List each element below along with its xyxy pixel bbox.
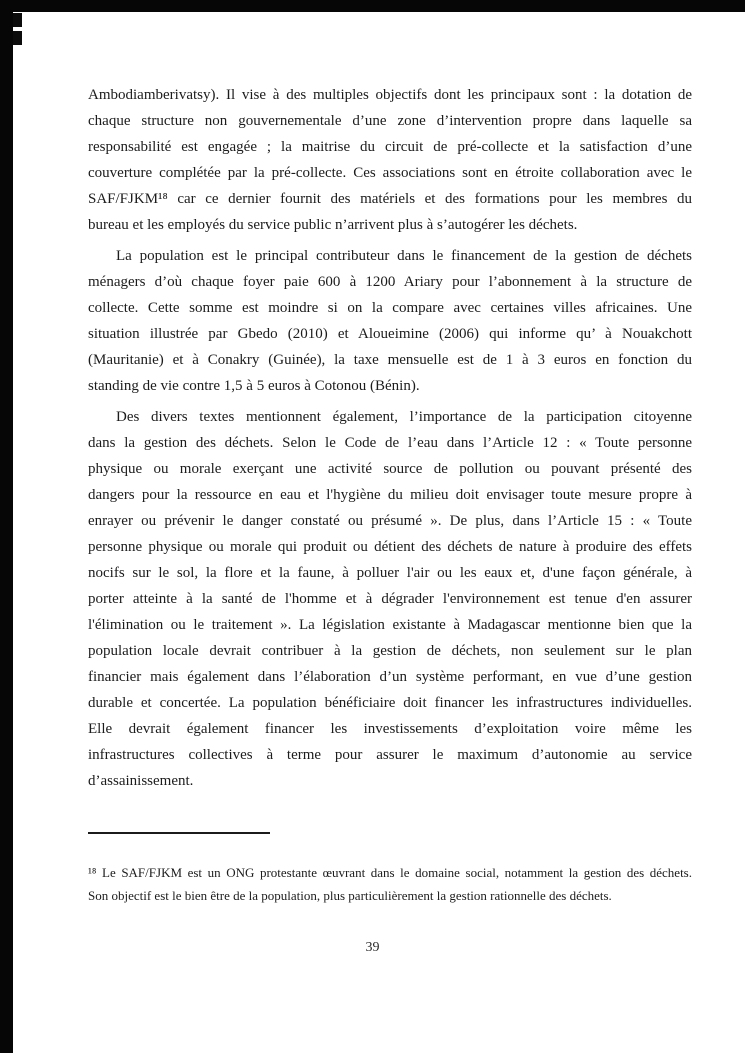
scan-edge-left bbox=[0, 0, 13, 1053]
page-number: 39 bbox=[0, 940, 745, 956]
text-line: nocifs sur le sol, la flore et la faune,… bbox=[88, 560, 692, 586]
text-line: enrayer ou prévenir le danger constaté o… bbox=[88, 508, 692, 534]
text-line: l'élimination ou le traitement ». La lég… bbox=[88, 612, 692, 638]
text-line: responsabilité est engagée ; la maitrise… bbox=[88, 134, 692, 160]
scan-edge-top bbox=[0, 0, 745, 12]
text-line: chaque structure non gouvernementale d’u… bbox=[88, 108, 692, 134]
text-line: ¹⁸ Le SAF/FJKM est un ONG protestante œu… bbox=[88, 861, 692, 884]
footnote: ¹⁸ Le SAF/FJKM est un ONG protestante œu… bbox=[88, 861, 692, 907]
paragraph-2: La population est le principal contribut… bbox=[88, 243, 692, 399]
paragraph-1: Ambodiamberivatsy). Il vise à des multip… bbox=[88, 82, 692, 238]
text-line: (Mauritanie) et à Conakry (Guinée), la t… bbox=[88, 347, 692, 373]
paragraph-3: Des divers textes mentionnent également,… bbox=[88, 404, 692, 794]
text-line: Ambodiamberivatsy). Il vise à des multip… bbox=[88, 82, 692, 108]
text-line: couverture complétée par la pré-collecte… bbox=[88, 160, 692, 186]
text-line: Des divers textes mentionnent également,… bbox=[88, 404, 692, 430]
text-line: personne physique ou morale qui produit … bbox=[88, 534, 692, 560]
text-line: La population est le principal contribut… bbox=[88, 243, 692, 269]
text-line: financier mais également dans l’élaborat… bbox=[88, 664, 692, 690]
text-line: ménagers d’où chaque foyer paie 600 à 12… bbox=[88, 269, 692, 295]
footnote-separator bbox=[88, 832, 270, 834]
text-line: Son objectif est le bien être de la popu… bbox=[88, 884, 692, 907]
scan-edge-notch bbox=[13, 13, 22, 27]
text-line: bureau et les employés du service public… bbox=[88, 212, 692, 238]
text-line: dangers pour la ressource en eau et l'hy… bbox=[88, 482, 692, 508]
text-line: Elle devrait également financer les inve… bbox=[88, 716, 692, 742]
text-line: SAF/FJKM¹⁸ car ce dernier fournit des ma… bbox=[88, 186, 692, 212]
text-line: d’assainissement. bbox=[88, 768, 692, 794]
scan-edge-notch bbox=[13, 31, 22, 45]
text-line: physique ou morale exerçant une activité… bbox=[88, 456, 692, 482]
body-text: Ambodiamberivatsy). Il vise à des multip… bbox=[88, 82, 692, 794]
text-line: population locale devrait contribuer à l… bbox=[88, 638, 692, 664]
text-line: porter atteinte à la santé de l'homme et… bbox=[88, 586, 692, 612]
text-line: infrastructures collectives à terme pour… bbox=[88, 742, 692, 768]
text-line: collecte. Cette somme est moindre si on … bbox=[88, 295, 692, 321]
text-line: standing de vie contre 1,5 à 5 euros à C… bbox=[88, 373, 692, 399]
document-page: Ambodiamberivatsy). Il vise à des multip… bbox=[0, 0, 745, 1053]
text-line: situation illustrée par Gbedo (2010) et … bbox=[88, 321, 692, 347]
text-line: durable et concertée. La population béné… bbox=[88, 690, 692, 716]
text-line: dans la gestion des déchets. Selon le Co… bbox=[88, 430, 692, 456]
